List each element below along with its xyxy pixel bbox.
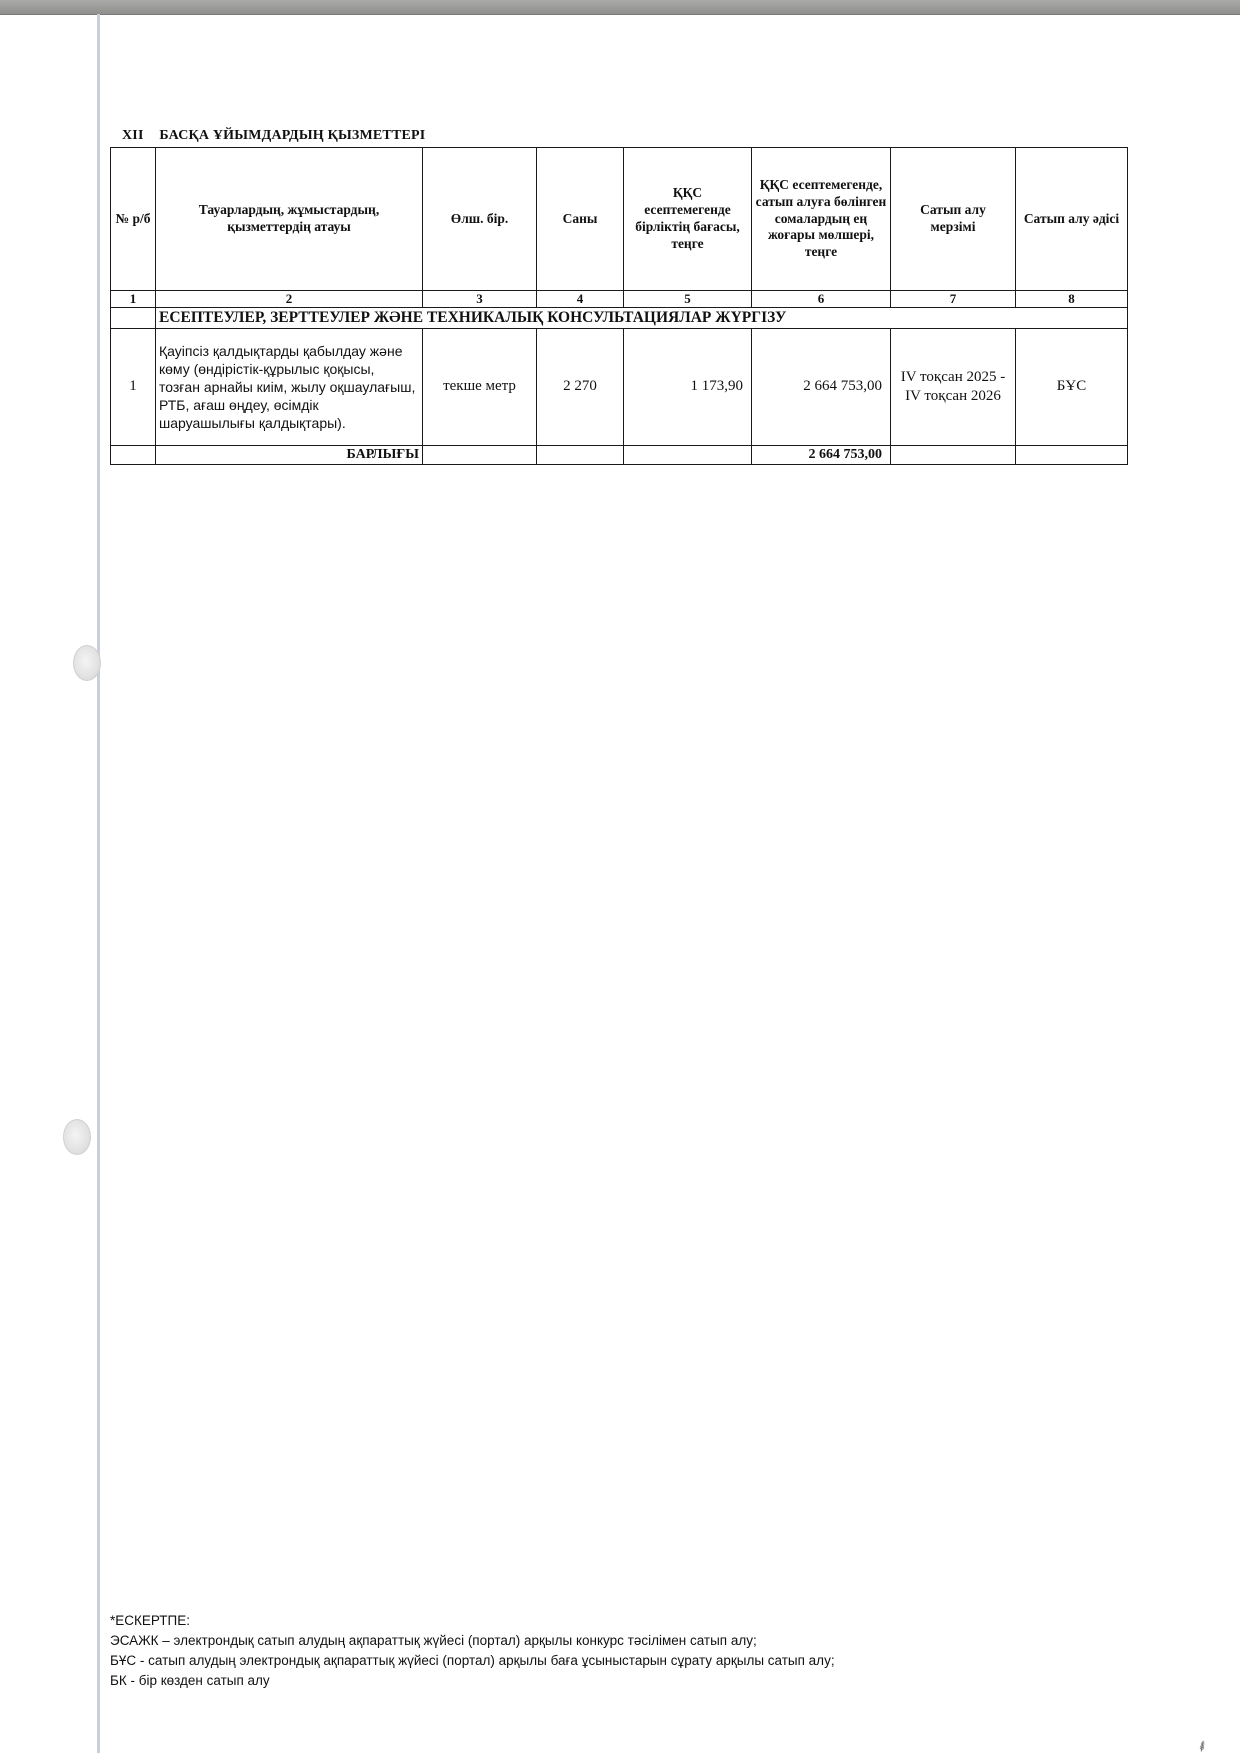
category-empty-cell xyxy=(111,308,156,329)
scan-left-edge xyxy=(97,14,100,1753)
pen-mark: ⸙ xyxy=(1193,1733,1212,1753)
header-unit-price: ҚҚС есептемегенде бірліктің бағасы, теңг… xyxy=(624,148,752,291)
total-row: БАРЛЫҒЫ 2 664 753,00 xyxy=(111,446,1128,465)
section-title: XII БАСҚА ҰЙЫМДАРДЫҢ ҚЫЗМЕТТЕРІ xyxy=(122,128,425,144)
header-unit: Өлш. бір. xyxy=(423,148,537,291)
item-unit: текше метр xyxy=(423,329,537,446)
scan-top-edge xyxy=(0,0,1240,15)
column-number: 6 xyxy=(752,291,891,308)
header-method: Сатып алу әдісі xyxy=(1016,148,1128,291)
header-period: Сатып алу мерзімі xyxy=(891,148,1016,291)
total-empty-cell xyxy=(423,446,537,465)
category-row: ЕСЕПТЕУЛЕР, ЗЕРТТЕУЛЕР ЖӘНЕ ТЕХНИКАЛЫҚ К… xyxy=(111,308,1128,329)
header-name: Тауарлардың, жұмыстардың, қызметтердің а… xyxy=(156,148,423,291)
footnote-line: БК - бір көзден сатып алу xyxy=(110,1671,835,1691)
item-name: Қауіпсіз қалдықтарды қабылдау және көму … xyxy=(156,329,423,446)
punch-hole xyxy=(63,1119,91,1155)
item-quantity: 2 270 xyxy=(537,329,624,446)
total-empty-cell xyxy=(891,446,1016,465)
column-number: 4 xyxy=(537,291,624,308)
item-method: БҰС xyxy=(1016,329,1128,446)
item-unit-price: 1 173,90 xyxy=(624,329,752,446)
header-number: № р/б xyxy=(111,148,156,291)
total-empty-cell xyxy=(624,446,752,465)
column-number: 1 xyxy=(111,291,156,308)
column-number: 3 xyxy=(423,291,537,308)
row-number: 1 xyxy=(111,329,156,446)
total-empty-cell xyxy=(111,446,156,465)
item-period: IV тоқсан 2025 - IV тоқсан 2026 xyxy=(891,329,1016,446)
header-max-amount: ҚҚС есептемегенде, сатып алуға бөлінген … xyxy=(752,148,891,291)
column-number-row: 1 2 3 4 5 6 7 8 xyxy=(111,291,1128,308)
procurement-table: № р/б Тауарлардың, жұмыстардың, қызметте… xyxy=(110,147,1128,465)
footnote-line: БҰС - сатып алудың электрондық ақпаратты… xyxy=(110,1651,835,1671)
item-max-amount: 2 664 753,00 xyxy=(752,329,891,446)
category-title: ЕСЕПТЕУЛЕР, ЗЕРТТЕУЛЕР ЖӘНЕ ТЕХНИКАЛЫҚ К… xyxy=(156,308,1128,329)
footnotes: *ЕСКЕРТПЕ: ЭСАЖК – электрондық сатып алу… xyxy=(110,1611,835,1691)
header-quantity: Саны xyxy=(537,148,624,291)
total-empty-cell xyxy=(537,446,624,465)
section-title-text: БАСҚА ҰЙЫМДАРДЫҢ ҚЫЗМЕТТЕРІ xyxy=(159,128,425,143)
column-number: 2 xyxy=(156,291,423,308)
total-empty-cell xyxy=(1016,446,1128,465)
footnote-line: ЭСАЖК – электрондық сатып алудың ақпарат… xyxy=(110,1631,835,1651)
total-amount: 2 664 753,00 xyxy=(752,446,891,465)
table-row: 1 Қауіпсіз қалдықтарды қабылдау және көм… xyxy=(111,329,1128,446)
column-number: 7 xyxy=(891,291,1016,308)
column-number: 8 xyxy=(1016,291,1128,308)
footnote-title: *ЕСКЕРТПЕ: xyxy=(110,1611,835,1631)
table-header-row: № р/б Тауарлардың, жұмыстардың, қызметте… xyxy=(111,148,1128,291)
column-number: 5 xyxy=(624,291,752,308)
total-label: БАРЛЫҒЫ xyxy=(156,446,423,465)
punch-hole xyxy=(73,645,101,681)
section-number: XII xyxy=(122,128,144,143)
